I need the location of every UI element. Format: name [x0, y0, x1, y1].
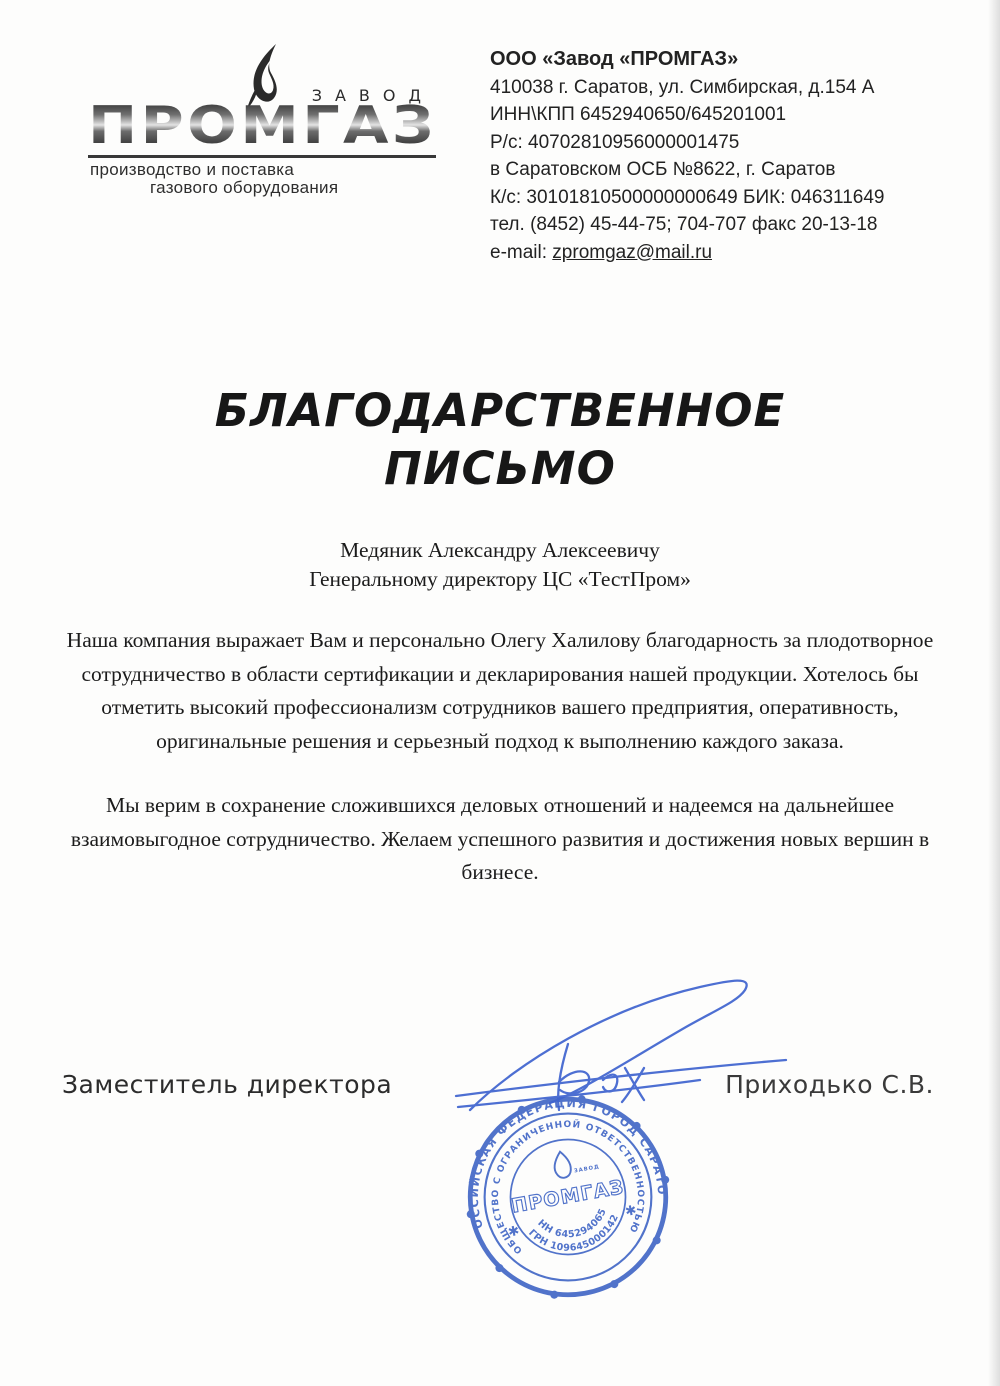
email-label: e-mail:	[490, 242, 552, 263]
company-inn-kpp: ИНН\КПП 6452940650/645201001	[490, 101, 920, 129]
company-corr-account: К/с: 30101810500000000649 БИК: 046311649	[490, 184, 920, 212]
company-details: ООО «Завод «ПРОМГАЗ» 410038 г. Саратов, …	[490, 46, 920, 266]
logo-brand-text: ПРОМГАЗ	[88, 100, 437, 152]
stamp-zavod-small-text: ЗАВОД	[574, 1164, 600, 1174]
email-link[interactable]: zpromgaz@mail.ru	[552, 242, 712, 263]
addressee-name: Медяник Александру Алексеевичу	[0, 536, 1000, 565]
company-bank: в Саратовском ОСБ №8622, г. Саратов	[490, 156, 920, 184]
letter-paragraph-1: Наша компания выражает Вам и персонально…	[60, 624, 940, 758]
letter-title-line2: ПИСЬМО	[384, 442, 616, 495]
letter-title-line1: БЛАГОДАРСТВЕННОЕ	[215, 384, 785, 437]
logo-tagline-line2: газового оборудования	[150, 178, 338, 198]
company-phone: тел. (8452) 45-44-75; 704-707 факс 20-13…	[490, 211, 920, 239]
company-email-line: e-mail: zpromgaz@mail.ru	[490, 239, 920, 267]
logo-tagline-line1: производство и поставка	[90, 160, 294, 180]
stamp-flame-icon	[552, 1150, 572, 1179]
scan-edge-shadow	[988, 0, 1000, 1386]
addressee-block: Медяник Александру Алексеевичу Генеральн…	[0, 536, 1000, 594]
handwritten-signature	[448, 970, 810, 1132]
addressee-position: Генеральному директору ЦС «ТестПром»	[0, 565, 1000, 594]
company-settlement-account: Р/с: 40702810956000001475	[490, 129, 920, 157]
scanned-letter-page: ЗАВОД ПРОМГАЗ производство и поставка га…	[0, 0, 1000, 1386]
letter-paragraph-2: Мы верим в сохранение сложившихся деловы…	[60, 789, 940, 890]
logo-rule	[88, 155, 436, 158]
stamp-center-logo: ЗАВОД ПРОМГАЗ	[504, 1142, 626, 1218]
promgaz-logo: ЗАВОД ПРОМГАЗ производство и поставка га…	[88, 42, 436, 192]
signer-position: Заместитель директора	[62, 1070, 392, 1099]
letter-title: БЛАГОДАРСТВЕННОЕ ПИСЬМО	[0, 382, 1000, 498]
stamp-brand-text: ПРОМГАЗ	[510, 1175, 626, 1217]
company-name: ООО «Завод «ПРОМГАЗ»	[490, 46, 920, 74]
company-address: 410038 г. Саратов, ул. Симбирская, д.154…	[490, 74, 920, 102]
